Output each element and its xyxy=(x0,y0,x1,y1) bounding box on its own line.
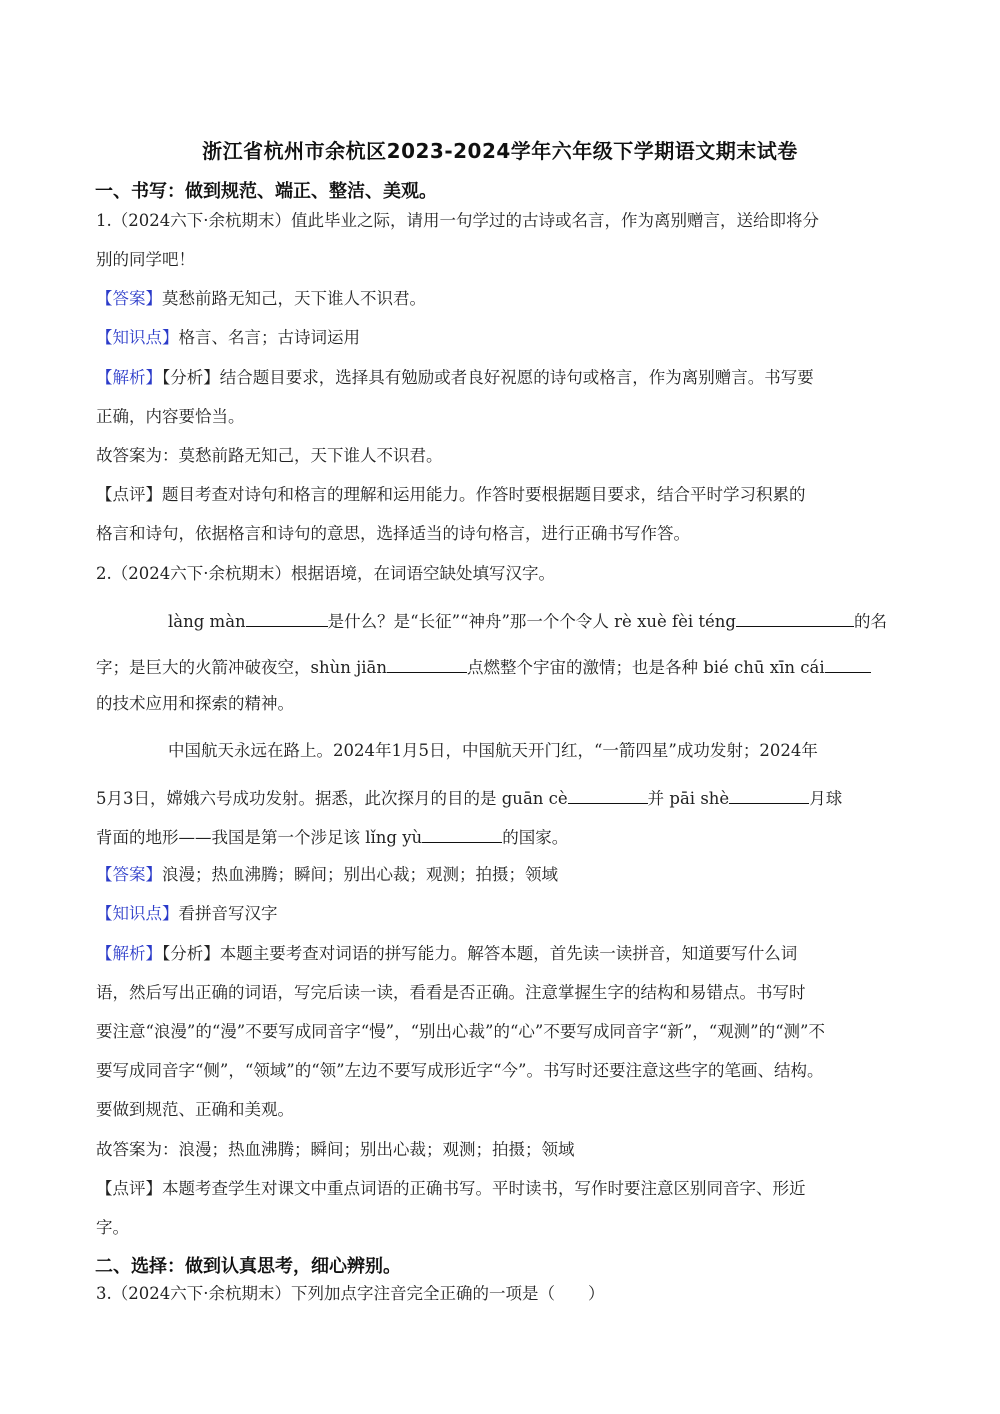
q1-stem-line1: 1.（2024六下·余杭期末）值此毕业之际，请用一句学过的古诗或名言，作为离别赠… xyxy=(96,211,819,231)
q1-comment-line1: 【点评】题目考查对诗句和格言的理解和运用能力。作答时要根据题目要求，结合平时学习… xyxy=(96,485,806,505)
q2-passage-p2-line3: 背面的地形——我国是第一个涉足该 lǐng yù的国家。 xyxy=(96,826,568,848)
q2-knowledge: 【知识点】看拼音写汉字 xyxy=(96,904,278,924)
fill-blank-5[interactable] xyxy=(568,787,648,804)
q2-passage-p1-line3: 的技术应用和探索的精神。 xyxy=(96,694,294,714)
q1-final-answer: 故答案为：莫愁前路无知己，天下谁人不识君。 xyxy=(96,446,443,466)
q2-prefix: 2.（2024六下·余杭期末） xyxy=(96,564,291,583)
answer-tag: 【答案】 xyxy=(96,289,162,308)
q1-analysis-line1: 【解析】【分析】结合题目要求，选择具有勉励或者良好祝愿的诗句或格言，作为离别赠言… xyxy=(96,368,814,388)
q1-comment-line2: 格言和诗句，依据格言和诗句的意思，选择适当的诗句格言，进行正确书写作答。 xyxy=(96,524,690,544)
pinyin-re-xue-fei-teng: rè xuè fèi téng xyxy=(614,612,736,631)
q3-stem: 3.（2024六下·余杭期末）下列加点字注音完全正确的一项是（ ） xyxy=(96,1284,604,1304)
q2-passage-p1-line2: 字；是巨大的火箭冲破夜空，shùn jiān点燃整个宇宙的激情；也是各种 bié… xyxy=(96,656,871,678)
q2-stem: 2.（2024六下·余杭期末）根据语境，在词语空缺处填写汉字。 xyxy=(96,564,555,584)
pinyin-ling-yu: lǐng yù xyxy=(365,828,422,847)
q2-passage-p2-line2: 5月3日，嫦娥六号成功发射。据悉，此次探月的目的是 guān cè并 pāi s… xyxy=(96,787,842,809)
fill-blank-7[interactable] xyxy=(422,826,502,843)
document-title: 浙江省杭州市余杭区2023-2024学年六年级下学期语文期末试卷 xyxy=(0,135,1000,164)
pinyin-bie-chu-xin-cai: bié chū xīn cái xyxy=(703,658,824,677)
analysis-tag: 【解析】 xyxy=(96,368,162,387)
pinyin-shun-jian: shùn jiān xyxy=(311,658,387,677)
comment-tag: 【点评】 xyxy=(96,485,162,504)
q2-passage-p2-line1: 中国航天永远在路上。2024年1月5日，中国航天开门红，“一箭四星”成功发射；2… xyxy=(168,741,818,761)
q2-comment-line2: 字。 xyxy=(96,1218,129,1238)
q2-comment-line1: 【点评】本题考查学生对课文中重点词语的正确书写。平时读书，写作时要注意区别同音字… xyxy=(96,1179,806,1199)
q1-prefix: 1.（2024六下·余杭期末） xyxy=(96,211,291,230)
fill-blank-6[interactable] xyxy=(729,787,809,804)
q1-knowledge: 【知识点】格言、名言；古诗词运用 xyxy=(96,328,360,348)
exam-page: 浙江省杭州市余杭区2023-2024学年六年级下学期语文期末试卷 一、书写：做到… xyxy=(0,0,1000,1414)
q2-answer: 【答案】浪漫；热血沸腾；瞬间；别出心裁；观测；拍摄；领域 xyxy=(96,865,558,885)
q1-answer: 【答案】莫愁前路无知己，天下谁人不识君。 xyxy=(96,289,426,309)
q3-prefix: 3.（2024六下·余杭期末） xyxy=(96,1284,291,1303)
analysis-tag: 【解析】 xyxy=(96,944,162,963)
pinyin-pai-she: pāi shè xyxy=(669,789,729,808)
q2-analysis-line2: 语，然后写出正确的词语，写完后读一读，看看是否正确。注意掌握生字的结构和易错点。… xyxy=(96,983,806,1003)
knowledge-tag: 【知识点】 xyxy=(96,904,179,923)
q2-analysis-line4: 要写成同音字“侧”，“领域”的“领”左边不要写成形近字“今”。书写时还要注意这些… xyxy=(96,1061,823,1081)
q1-stem-line2: 别的同学吧！ xyxy=(96,250,195,270)
knowledge-tag: 【知识点】 xyxy=(96,328,179,347)
fill-blank-3[interactable] xyxy=(387,656,467,673)
pinyin-guan-ce: guān cè xyxy=(502,789,568,808)
fill-blank-4[interactable] xyxy=(825,656,871,673)
answer-tag: 【答案】 xyxy=(96,865,162,884)
q2-analysis-line5: 要做到规范、正确和美观。 xyxy=(96,1100,294,1120)
fill-blank-2[interactable] xyxy=(736,610,854,627)
section-heading-writing: 一、书写：做到规范、端正、整洁、美观。 xyxy=(95,177,437,203)
q2-passage-p1-line1: làng màn是什么？是“长征”“神舟”那一个个令人 rè xuè fèi t… xyxy=(168,610,887,632)
fill-blank-1[interactable] xyxy=(246,610,328,627)
comment-tag: 【点评】 xyxy=(96,1179,162,1198)
section-heading-choice: 二、选择：做到认真思考，细心辨别。 xyxy=(95,1252,401,1278)
pinyin-lang-man: làng màn xyxy=(168,612,246,631)
q2-final-answer: 故答案为：浪漫；热血沸腾；瞬间；别出心裁；观测；拍摄；领域 xyxy=(96,1140,575,1160)
q2-analysis-line1: 【解析】【分析】本题主要考查对词语的拼写能力。解答本题，首先读一读拼音，知道要写… xyxy=(96,944,797,964)
q2-analysis-line3: 要注意“浪漫”的“漫”不要写成同音字“慢”，“别出心裁”的“心”不要写成同音字“… xyxy=(96,1022,825,1042)
q1-analysis-line2: 正确，内容要恰当。 xyxy=(96,407,245,427)
